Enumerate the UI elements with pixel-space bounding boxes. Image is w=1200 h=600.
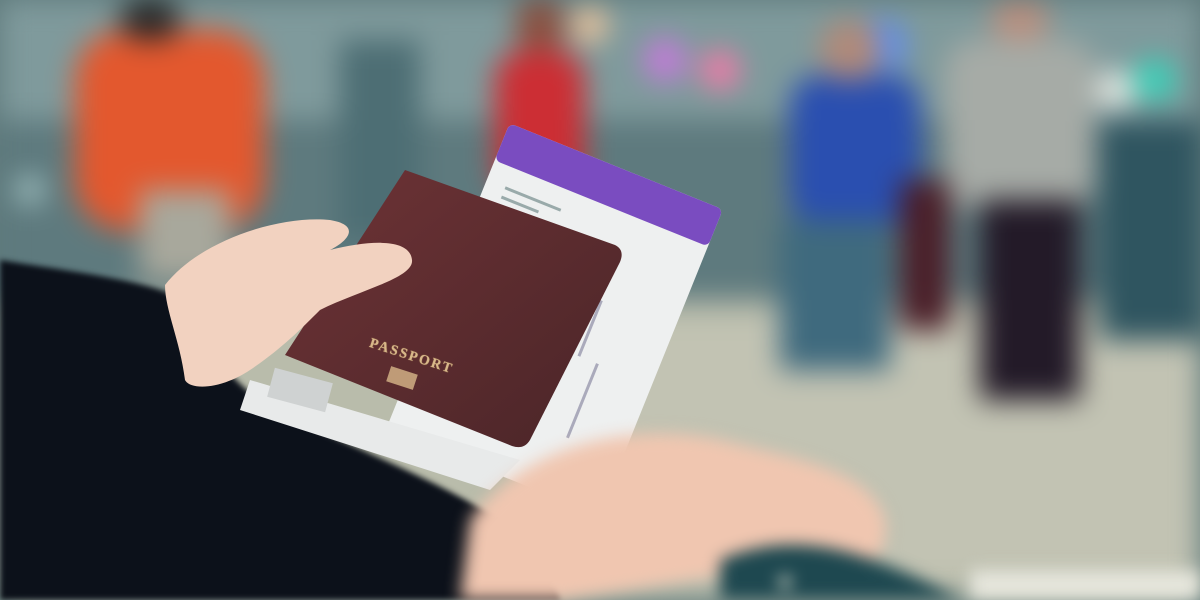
right-hand-on-luggage [0,0,1200,600]
airport-photo: PASSPORT [0,0,1200,600]
